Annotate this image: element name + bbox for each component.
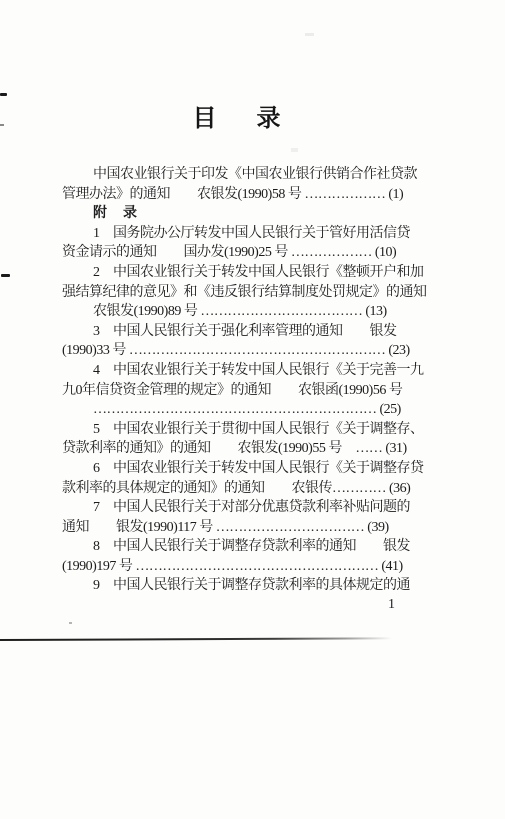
scan-speck <box>69 622 72 624</box>
toc-line: 贷款利率的通知》的通知 农银发(1990)55 号 …… (31) <box>62 439 462 459</box>
toc-line: 6 中国农业银行关于转发中国人民银行《关于调整存贷 <box>62 459 462 479</box>
toc-list: 中国农业银行关于印发《中国农业银行供销合作社贷款 管理办法》的通知 农银发(19… <box>62 165 462 596</box>
scan-fold-line <box>0 637 392 641</box>
toc-line: (1990)197 号 ……………………………………………… (41) <box>62 557 462 577</box>
scan-smudge <box>305 33 314 36</box>
toc-line: 5 中国农业银行关于贯彻中国人民银行《关于调整存、 <box>62 420 462 440</box>
toc-line: 9 中国人民银行关于调整存贷款利率的具体规定的通 <box>62 576 462 596</box>
toc-appendix-heading: 附 录 <box>62 204 462 224</box>
title-char-mu: 目 <box>193 98 217 133</box>
toc-line: 款利率的具体规定的通知》的通知 农银传………… (36) <box>62 479 462 499</box>
toc-line: 九0年信贷资金管理的规定》的通知 农银函(1990)56 号 <box>62 381 462 401</box>
toc-line: 中国农业银行关于印发《中国农业银行供销合作社贷款 <box>62 165 462 185</box>
toc-line: 农银发(1990)89 号 ……………………………… (13) <box>62 302 462 322</box>
toc-line: 通知 银发(1990)117 号 …………………………… (39) <box>62 518 462 538</box>
toc-line: 管理办法》的通知 农银发(1990)58 号 ……………… (1) <box>62 185 462 205</box>
toc-line: 1 国务院办公厅转发中国人民银行关于管好用活信贷 <box>62 224 462 244</box>
toc-line: 4 中国农业银行关于转发中国人民银行《关于完善一九 <box>62 361 462 381</box>
page-number: 1 <box>388 597 395 613</box>
scan-edge-mark <box>0 124 4 126</box>
scan-edge-mark <box>1 274 10 277</box>
toc-line: 8 中国人民银行关于调整存贷款利率的通知 银发 <box>62 537 462 557</box>
toc-line: (1990)33 号 ………………………………………………… (23) <box>62 341 462 361</box>
scan-edge-mark <box>0 93 7 96</box>
toc-line: 资金请示的通知 国办发(1990)25 号 ……………… (10) <box>62 243 462 263</box>
toc-line: 强结算纪律的意见》和《违反银行结算制度处罚规定》的通知 <box>62 283 462 303</box>
toc-line: 7 中国人民银行关于对部分优惠贷款利率补贴问题的 <box>62 498 462 518</box>
toc-line: 3 中国人民银行关于强化利率管理的通知 银发 <box>62 322 462 342</box>
toc-line: 2 中国农业银行关于转发中国人民银行《整顿开户和加 <box>62 263 462 283</box>
scan-smudge <box>291 148 298 152</box>
title-char-lu: 录 <box>257 98 281 133</box>
scanned-toc-page: 目录 中国农业银行关于印发《中国农业银行供销合作社贷款 管理办法》的通知 农银发… <box>0 0 505 819</box>
toc-line: ……………………………………………………… (25) <box>62 400 462 420</box>
page-title: 目录 <box>0 98 489 133</box>
